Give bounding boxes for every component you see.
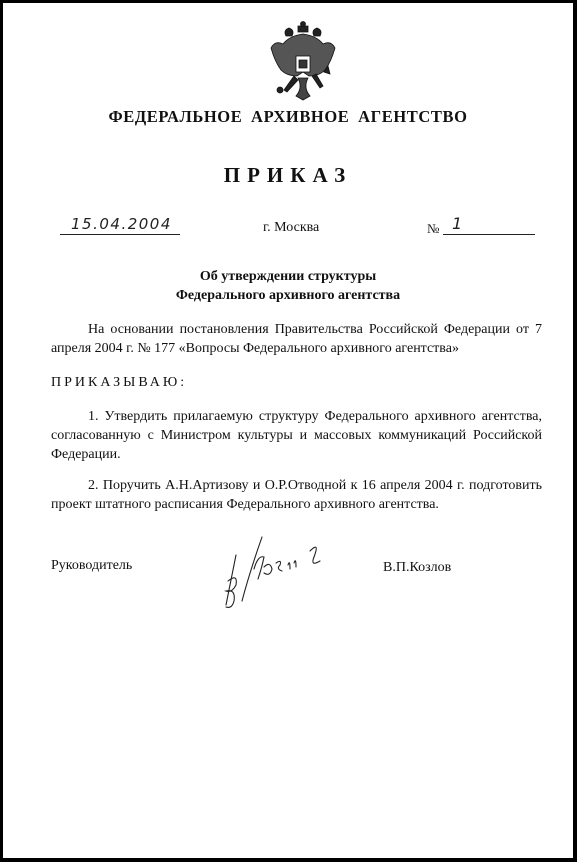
doc-type-title: ПРИКАЗ bbox=[3, 163, 573, 188]
signatory-name: В.П.Козлов bbox=[383, 560, 451, 576]
decree-word: ПРИКАЗЫВАЮ: bbox=[51, 375, 187, 391]
order-item-2-text: 2. Поручить А.Н.Артизову и О.Р.Отводной … bbox=[51, 478, 542, 512]
date-handwritten: 15.04.2004 bbox=[71, 215, 172, 233]
coat-of-arms-icon bbox=[268, 20, 338, 102]
number-label: № bbox=[427, 221, 439, 237]
subject-line-2: Федерального архивного агентства bbox=[3, 286, 573, 305]
agency-name: ФЕДЕРАЛЬНОЕ АРХИВНОЕ АГЕНТСТВО bbox=[3, 107, 573, 127]
preamble-text: На основании постановления Правительства… bbox=[51, 322, 542, 356]
city: г. Москва bbox=[263, 220, 319, 236]
number-handwritten: 1 bbox=[452, 214, 462, 233]
signatory-role: Руководитель bbox=[51, 558, 132, 574]
subject-heading: Об утверждении структуры Федерального ар… bbox=[3, 267, 573, 305]
order-item-2: 2. Поручить А.Н.Артизову и О.Р.Отводной … bbox=[51, 476, 542, 514]
preamble-paragraph: На основании постановления Правительства… bbox=[51, 320, 542, 358]
order-item-1: 1. Утвердить прилагаемую структуру Федер… bbox=[51, 407, 542, 464]
order-item-1-text: 1. Утвердить прилагаемую структуру Федер… bbox=[51, 409, 542, 462]
signature-icon bbox=[218, 533, 338, 613]
document-page: ФЕДЕРАЛЬНОЕ АРХИВНОЕ АГЕНТСТВО ПРИКАЗ 15… bbox=[3, 3, 573, 858]
subject-line-1: Об утверждении структуры bbox=[3, 267, 573, 286]
